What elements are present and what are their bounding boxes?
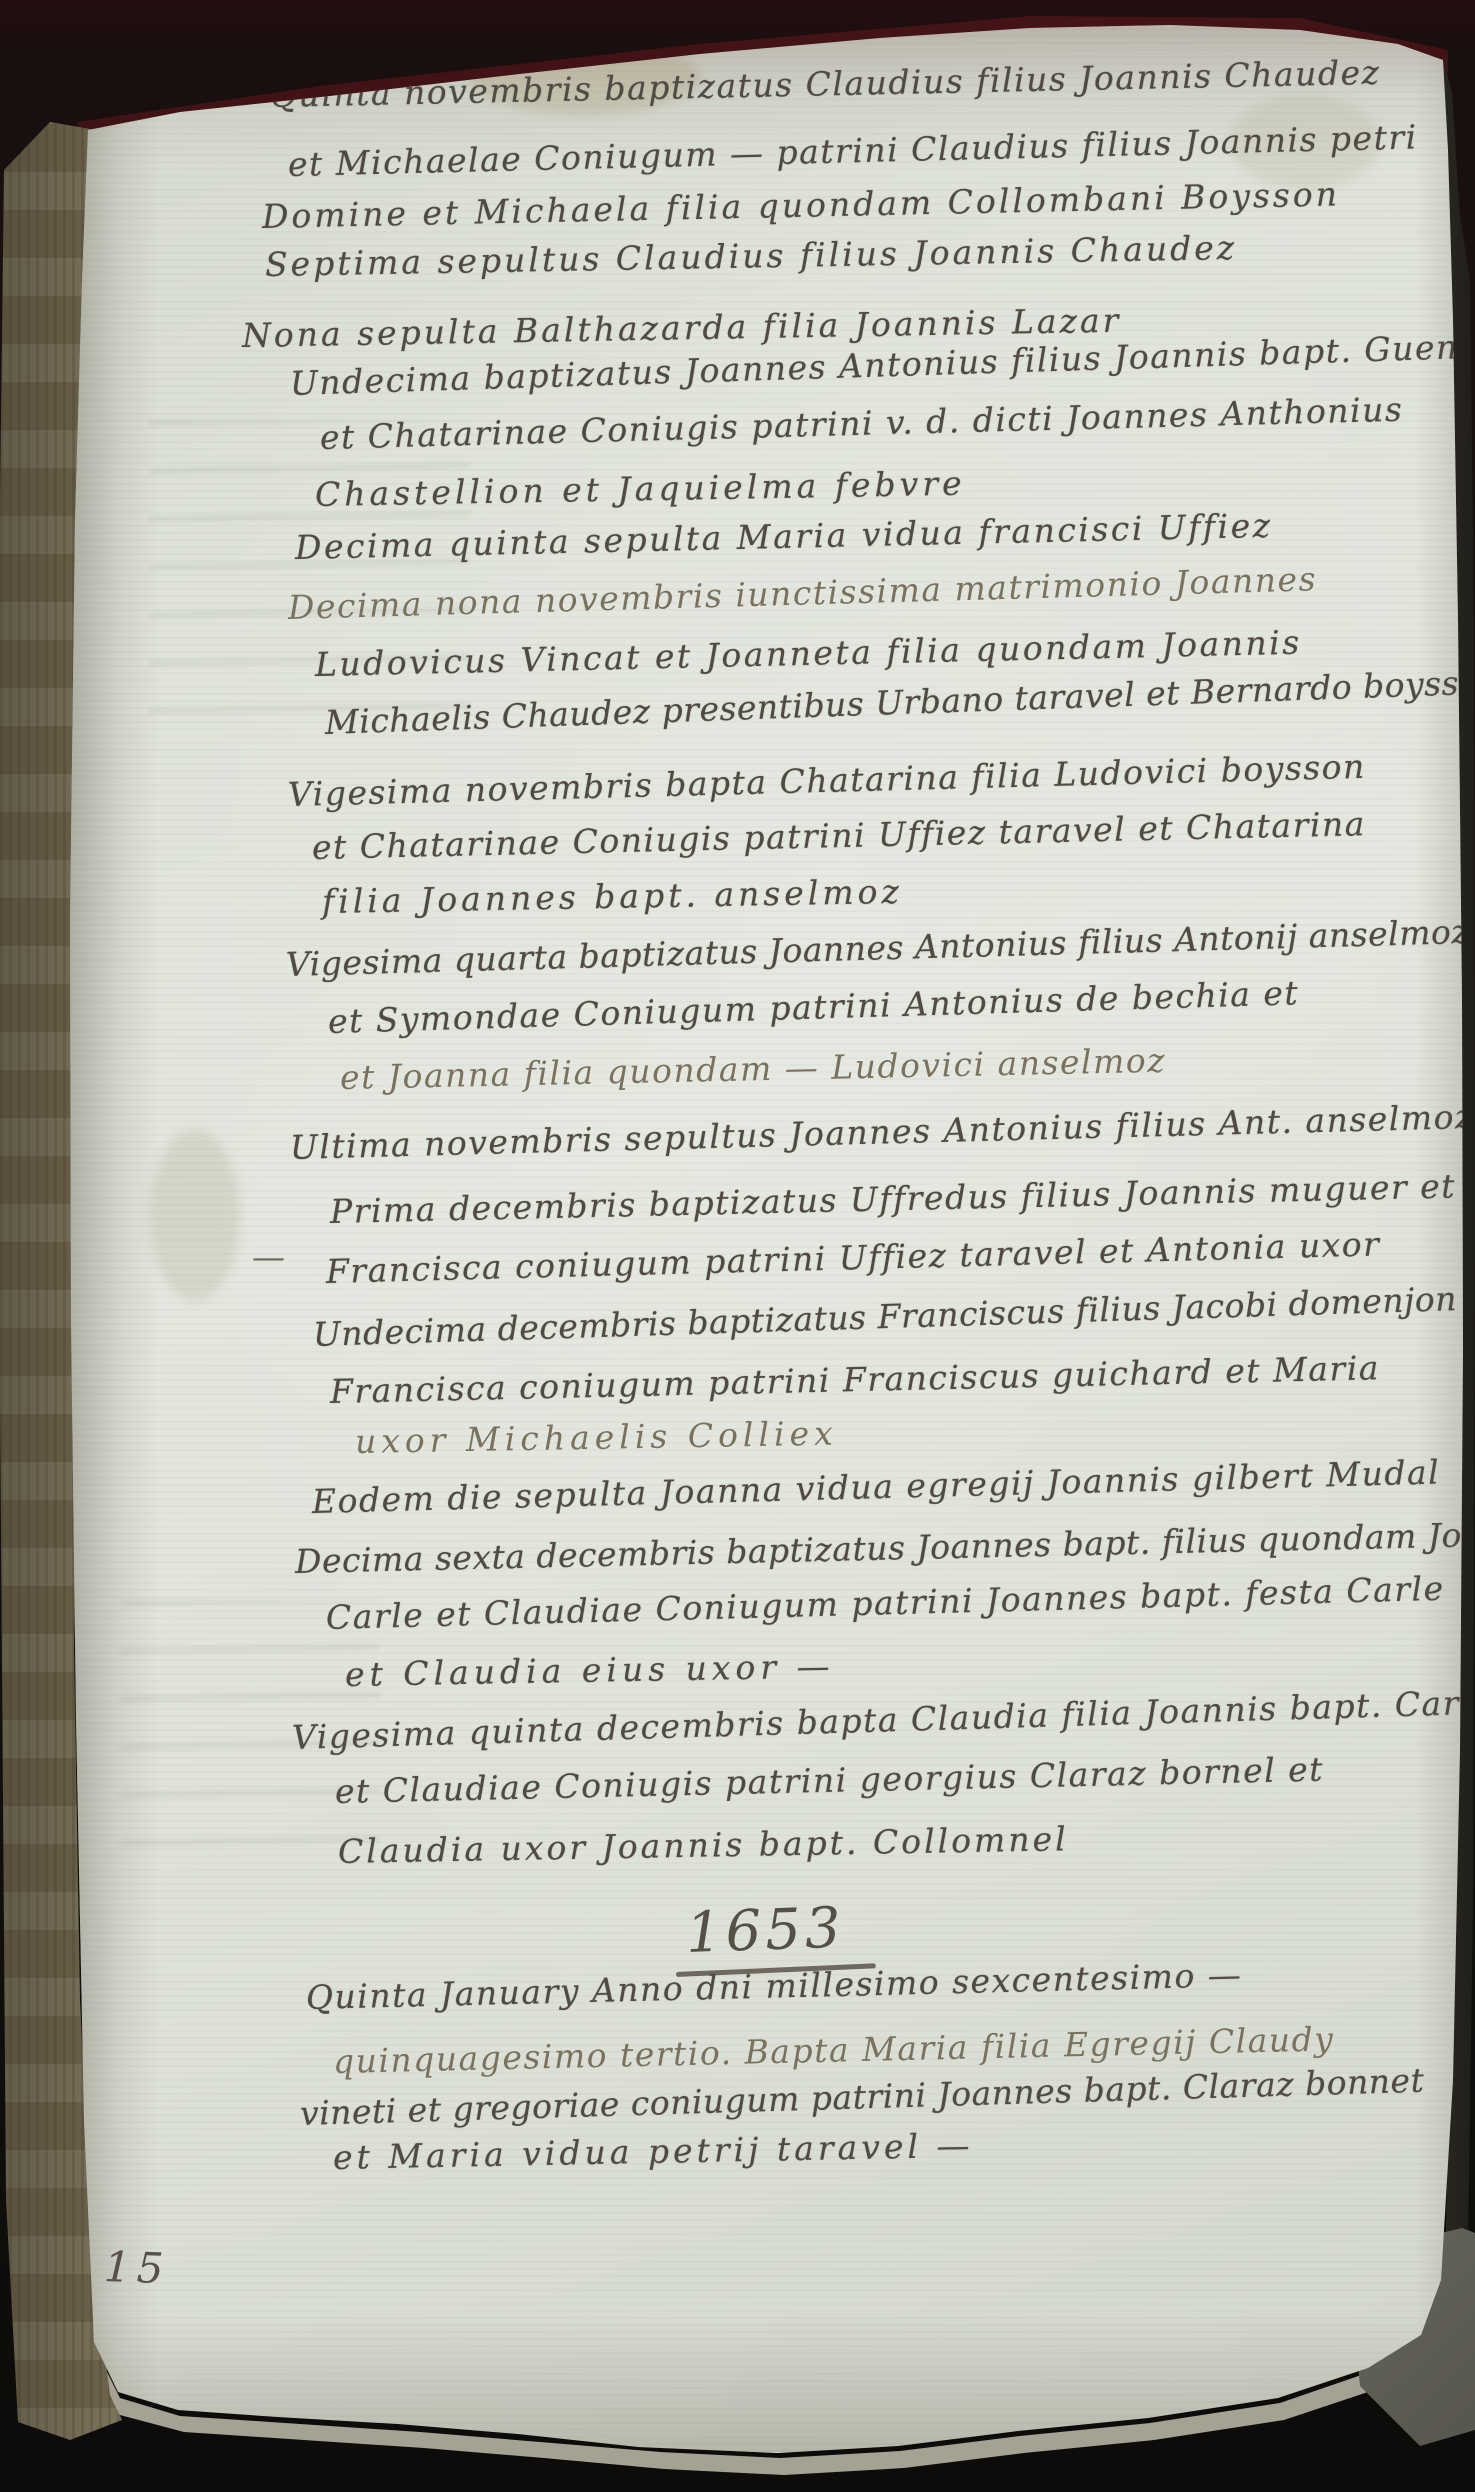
year-heading: 1653 xyxy=(685,1900,845,1961)
manuscript-page: Quinta novembris baptizatus Claudius fil… xyxy=(0,0,1475,2492)
photograph-background: Quinta novembris baptizatus Claudius fil… xyxy=(0,0,1475,2492)
paper-stain xyxy=(150,1130,240,1300)
page-number: 15 xyxy=(103,2246,170,2290)
margin-dash: — xyxy=(252,1240,285,1273)
manuscript-line: et Claudia eius uxor — xyxy=(345,1648,835,1693)
manuscript-line: uxor Michaelis Colliex xyxy=(355,1416,838,1461)
